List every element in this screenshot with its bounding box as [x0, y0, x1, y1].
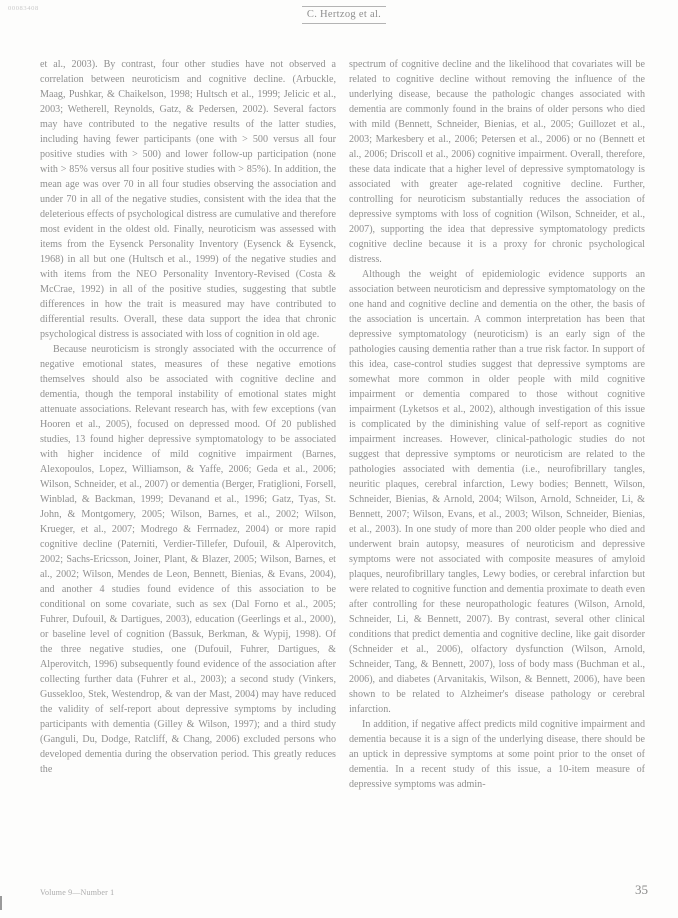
paragraph: Because neuroticism is strongly associat… — [40, 342, 336, 777]
volume-number-label: Volume 9—Number 1 — [40, 888, 114, 897]
print-code: 00083408 — [8, 5, 39, 12]
journal-page: 00083408 C. Hertzog et al. et al., 2003)… — [0, 0, 678, 918]
left-column: et al., 2003). By contrast, four other s… — [40, 57, 336, 792]
running-head: C. Hertzog et al. — [302, 6, 386, 24]
running-head-container: C. Hertzog et al. — [40, 4, 648, 24]
right-column: spectrum of cognitive decline and the li… — [349, 57, 645, 792]
article-body: et al., 2003). By contrast, four other s… — [40, 57, 648, 792]
paragraph: Although the weight of epidemiologic evi… — [349, 267, 645, 717]
page-number: 35 — [635, 882, 648, 898]
paragraph: et al., 2003). By contrast, four other s… — [40, 57, 336, 342]
scan-artifact-mark — [0, 896, 2, 910]
paragraph: spectrum of cognitive decline and the li… — [349, 57, 645, 267]
paragraph: In addition, if negative affect predicts… — [349, 717, 645, 792]
